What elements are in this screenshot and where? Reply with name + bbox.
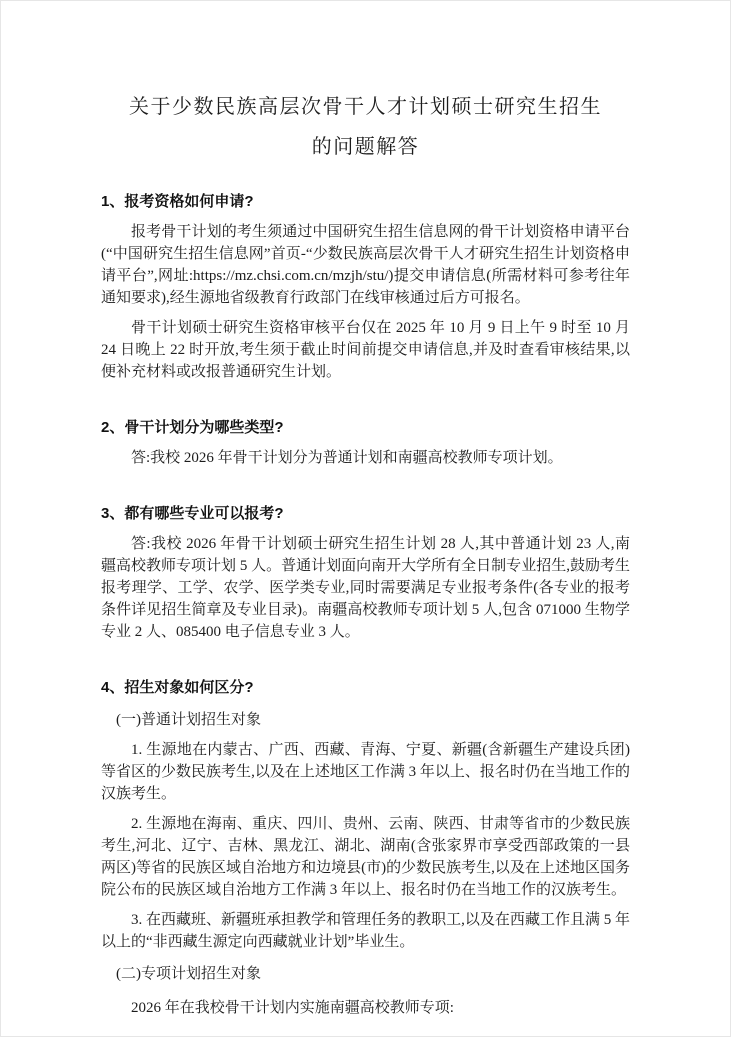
question-4-note: 2026 年在我校骨干计划内实施南疆高校教师专项:	[101, 997, 630, 1019]
question-1-paragraph-2: 骨干计划硕士研究生资格审核平台仅在 2025 年 10 月 9 日上午 9 时至…	[101, 317, 630, 383]
question-4-item-2: 2. 生源地在海南、重庆、四川、贵州、云南、陕西、甘肃等省市的少数民族考生,河北…	[101, 813, 630, 901]
document-title-line2: 的问题解答	[101, 127, 630, 167]
question-4-item-1: 1. 生源地在内蒙古、广西、西藏、青海、宁夏、新疆(含新疆生产建设兵团)等省区的…	[101, 739, 630, 805]
question-1-paragraph-1: 报考骨干计划的考生须通过中国研究生招生信息网的骨干计划资格申请平台(“中国研究生…	[101, 221, 630, 309]
question-4-sublabel-1: (一)普通计划招生对象	[101, 709, 630, 731]
document-title-line1: 关于少数民族高层次骨干人才计划硕士研究生招生	[101, 87, 630, 127]
faq-section-3: 3、都有哪些专业可以报考? 答:我校 2026 年骨干计划硕士研究生招生计划 2…	[101, 503, 630, 643]
document-page: 关于少数民族高层次骨干人才计划硕士研究生招生 的问题解答 1、报考资格如何申请?…	[0, 0, 731, 1037]
faq-section-1: 1、报考资格如何申请? 报考骨干计划的考生须通过中国研究生招生信息网的骨干计划资…	[101, 191, 630, 383]
faq-section-4: 4、招生对象如何区分? (一)普通计划招生对象 1. 生源地在内蒙古、广西、西藏…	[101, 677, 630, 1019]
question-2-heading: 2、骨干计划分为哪些类型?	[101, 417, 630, 439]
document-title: 关于少数民族高层次骨干人才计划硕士研究生招生 的问题解答	[101, 87, 630, 167]
question-3-answer: 答:我校 2026 年骨干计划硕士研究生招生计划 28 人,其中普通计划 23 …	[101, 533, 630, 643]
faq-section-2: 2、骨干计划分为哪些类型? 答:我校 2026 年骨干计划分为普通计划和南疆高校…	[101, 417, 630, 469]
question-3-heading: 3、都有哪些专业可以报考?	[101, 503, 630, 525]
question-4-heading: 4、招生对象如何区分?	[101, 677, 630, 699]
question-1-heading: 1、报考资格如何申请?	[101, 191, 630, 213]
question-4-item-3: 3. 在西藏班、新疆班承担教学和管理任务的教职工,以及在西藏工作且满 5 年以上…	[101, 909, 630, 953]
question-4-sublabel-2: (二)专项计划招生对象	[101, 963, 630, 985]
question-2-answer: 答:我校 2026 年骨干计划分为普通计划和南疆高校教师专项计划。	[101, 447, 630, 469]
